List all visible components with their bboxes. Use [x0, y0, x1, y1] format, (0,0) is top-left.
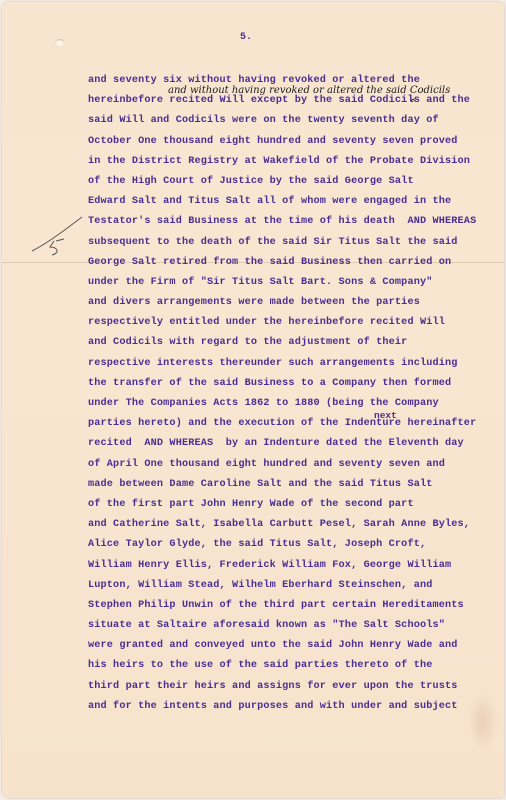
text-line: and Catherine Salt, Isabella Carbutt Pes… — [88, 515, 458, 535]
caret-mark: ^ — [409, 98, 417, 109]
handwritten-insertion: and without having revoked or altered th… — [168, 85, 450, 96]
text-line: subsequent to the death of the said Sir … — [88, 233, 458, 253]
text-line: third part their heirs and assigns for e… — [88, 677, 458, 697]
text-line: situate at Saltaire aforesaid known as "… — [88, 616, 458, 636]
text-line: Testator's said Business at the time of … — [88, 212, 458, 232]
text-line: Edward Salt and Titus Salt all of whom w… — [88, 192, 458, 212]
text-line: and divers arrangements were made betwee… — [88, 293, 458, 313]
text-line: respectively entitled under the hereinbe… — [88, 313, 458, 333]
margin-annotation — [28, 207, 88, 262]
document-body: and seventy six without having revoked o… — [88, 71, 458, 717]
text-line: in the District Registry at Wakefield of… — [88, 152, 458, 172]
text-line: of the first part John Henry Wade of the… — [88, 495, 458, 515]
page-number: 5. — [240, 32, 252, 43]
text-line: Alice Taylor Glyde, the said Titus Salt,… — [88, 535, 458, 555]
text-line: his heirs to the use of the said parties… — [88, 656, 458, 676]
text-line: recited AND WHEREAS by an Indenture date… — [88, 434, 458, 454]
text-line: under the Firm of "Sir Titus Salt Bart. … — [88, 273, 458, 293]
punch-hole — [55, 39, 64, 46]
text-line: October One thousand eight hundred and s… — [88, 132, 458, 152]
text-line: made between Dame Caroline Salt and the … — [88, 475, 458, 495]
text-line: and Codicils with regard to the adjustme… — [88, 333, 458, 353]
text-line: William Henry Ellis, Frederick William F… — [88, 556, 458, 576]
text-line: respective interests thereunder such arr… — [88, 354, 458, 374]
pencil-mark-icon — [28, 207, 88, 257]
text-line: were granted and conveyed unto the said … — [88, 636, 458, 656]
text-line: under The Companies Acts 1862 to 1880 (b… — [88, 394, 458, 414]
text-line: parties hereto) and the execution of the… — [88, 414, 458, 434]
text-line: Lupton, William Stead, Wilhelm Eberhard … — [88, 576, 458, 596]
text-line: the transfer of the said Business to a C… — [88, 374, 458, 394]
text-line: George Salt retired from the said Busine… — [88, 253, 458, 273]
paper-stain — [468, 692, 498, 752]
text-line: Stephen Philip Unwin of the third part c… — [88, 596, 458, 616]
text-line: of the High Court of Justice by the said… — [88, 172, 458, 192]
document-page: 5. and seventy six without having revoke… — [2, 2, 504, 798]
typed-insertion: next — [374, 410, 397, 421]
text-line: and for the intents and purposes and wit… — [88, 697, 458, 717]
text-line: said Will and Codicils were on the twent… — [88, 111, 458, 131]
text-line: of April One thousand eight hundred and … — [88, 455, 458, 475]
